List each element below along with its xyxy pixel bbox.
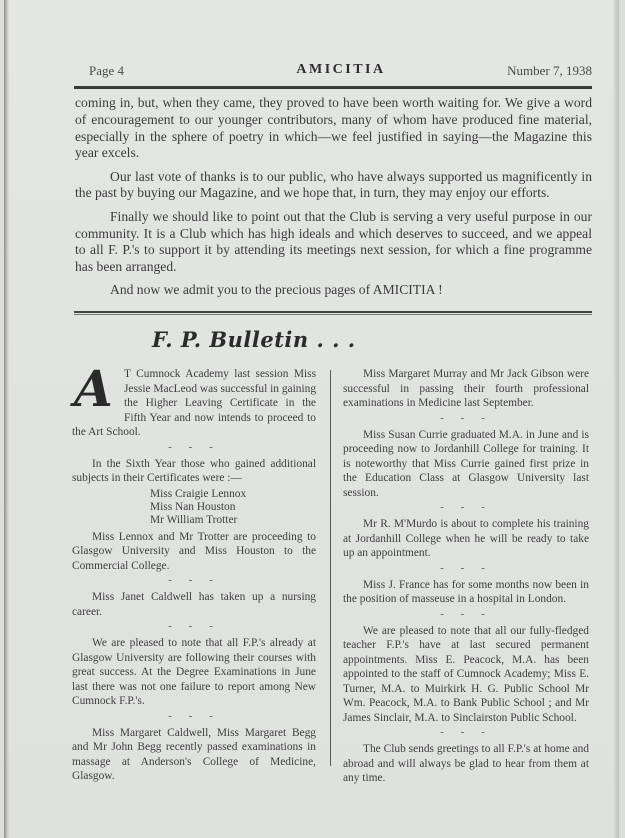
graduates-list: Miss Craigie Lennox Miss Nan Houston Mr … [150, 488, 316, 527]
item-separator: - - - [343, 412, 589, 424]
column-divider [330, 370, 331, 766]
running-header: Page 4 AMICITIA Number 7, 1938 [86, 60, 596, 82]
bulletin-paragraph: Miss Janet Caldwell has taken up a nursi… [72, 590, 316, 619]
graduate-name: Miss Nan Houston [150, 501, 316, 514]
bulletin-paragraph: Miss Margaret Caldwell, Miss Margaret Be… [72, 726, 316, 784]
intro-paragraph: And now we admit you to the precious pag… [75, 282, 592, 299]
bulletin-paragraph: We are pleased to note that all our full… [343, 624, 589, 726]
drop-cap: A [74, 369, 118, 413]
bulletin-title: F. P. Bulletin . . . [152, 327, 356, 352]
bulletin-right-column: Miss Margaret Murray and Mr Jack Gibson … [343, 367, 589, 786]
item-separator: - - - [343, 726, 589, 738]
bulletin-paragraph: Miss Margaret Murray and Mr Jack Gibson … [343, 367, 589, 411]
bulletin-paragraph: We are pleased to note that all F.P.'s a… [72, 636, 316, 709]
item-separator: - - - [72, 441, 316, 453]
intro-paragraph: Finally we should like to point out that… [75, 209, 592, 276]
issue-number: Number 7, 1938 [507, 63, 592, 79]
item-separator: - - - [343, 501, 589, 513]
intro-paragraph: coming in, but, when they came, they pro… [75, 95, 592, 162]
item-separator: - - - [343, 608, 589, 620]
item-separator: - - - [343, 562, 589, 574]
bulletin-paragraph: Miss Susan Currie graduated M.A. in June… [343, 428, 589, 501]
magazine-page: Page 4 AMICITIA Number 7, 1938 coming in… [4, 0, 619, 838]
bulletin-paragraph: In the Sixth Year those who gained addit… [72, 457, 316, 486]
item-separator: - - - [72, 710, 316, 722]
bulletin-paragraph: Mr R. M'Murdo is about to complete his t… [343, 517, 589, 561]
bulletin-paragraph: The Club sends greetings to all F.P.'s a… [343, 742, 589, 786]
editorial-intro: coming in, but, when they came, they pro… [75, 95, 592, 306]
graduate-name: Mr William Trotter [150, 514, 316, 527]
bulletin-left-column: A T Cumnock Academy last session Miss Je… [72, 367, 316, 784]
intro-paragraph: Our last vote of thanks is to our public… [75, 169, 592, 203]
bulletin-paragraph: Miss Lennox and Mr Trotter are proceedin… [72, 530, 316, 574]
page-right-edge [613, 0, 619, 838]
bulletin-paragraph: Miss J. France has for some months now b… [343, 578, 589, 607]
page-binding-edge [4, 0, 9, 838]
graduate-name: Miss Craigie Lennox [150, 488, 316, 501]
item-separator: - - - [72, 620, 316, 632]
header-rule [74, 86, 592, 89]
item-separator: - - - [72, 574, 316, 586]
section-rule [74, 311, 592, 313]
opening-paragraph: A T Cumnock Academy last session Miss Je… [72, 367, 316, 440]
